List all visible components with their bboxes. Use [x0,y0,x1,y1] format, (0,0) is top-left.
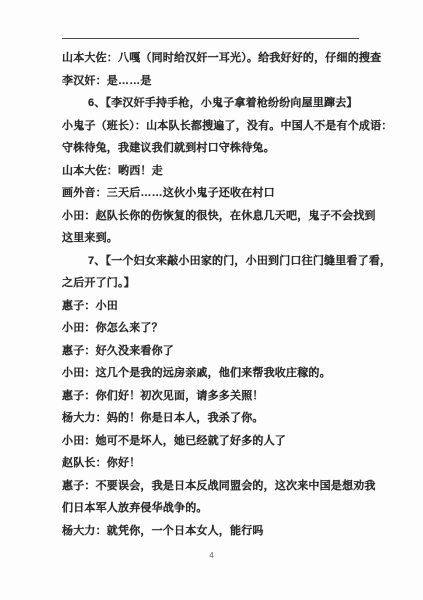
script-line: 赵队长：你好！ [62,452,374,475]
script-line: 画外音：三天后……这伙小鬼子还收在村口 [62,182,374,205]
script-line: 之后开了门。】 [62,272,374,295]
script-line: 小鬼子（班长）：山本队长都搜遍了，没有。中国人不是有个成语： [62,115,374,138]
script-line: 6、【李汉奸手持手枪，小鬼子拿着枪纷纷向屋里蹿去】 [62,92,374,115]
script-line: 小田：这几个是我的远房亲戚，他们来帮我收庄稼的。 [62,362,374,385]
script-line: 山本大佐：八嘎（同时给汉奸一耳光）。给我好好的，仔细的搜查 [62,47,374,70]
script-line: 小田：你怎么来了？ [62,317,374,340]
script-line: 李汉奸：是……是 [62,70,374,93]
script-line: 惠子：你们好！初次见面，请多多关照！ [62,385,374,408]
script-line: 小田：她可不是坏人，她已经就了好多的人了 [62,430,374,453]
script-line: 惠子：好久没来看你了 [62,340,374,363]
page-number: 4 [0,551,423,560]
script-line: 7、【一个妇女来敲小田家的门，小田到门口往门缝里看了看， [62,250,374,273]
script-line: 这里来到。 [62,227,374,250]
document-page: 山本大佐：八嘎（同时给汉奸一耳光）。给我好好的，仔细的搜查李汉奸：是……是6、【… [0,0,423,600]
script-line: 小田：赵队长你的伤恢复的很快，在休息几天吧，鬼子不会找到 [62,205,374,228]
script-line: 们日本军人放弃侵华战争的。 [62,497,374,520]
script-body: 山本大佐：八嘎（同时给汉奸一耳光）。给我好好的，仔细的搜查李汉奸：是……是6、【… [62,47,374,542]
script-line: 守株待兔，我建议我们就到村口守株待兔。 [62,137,374,160]
script-line: 杨大力：妈的！你是日本人，我杀了你。 [62,407,374,430]
script-line: 山本大佐：哟西！走 [62,160,374,183]
script-line: 惠子：小田 [62,295,374,318]
header-rule [62,38,359,39]
script-line: 惠子：不要误会，我是日本反战同盟会的，这次来中国是想劝我 [62,475,374,498]
script-line: 杨大力：就凭你，一个日本女人，能行吗 [62,520,374,543]
